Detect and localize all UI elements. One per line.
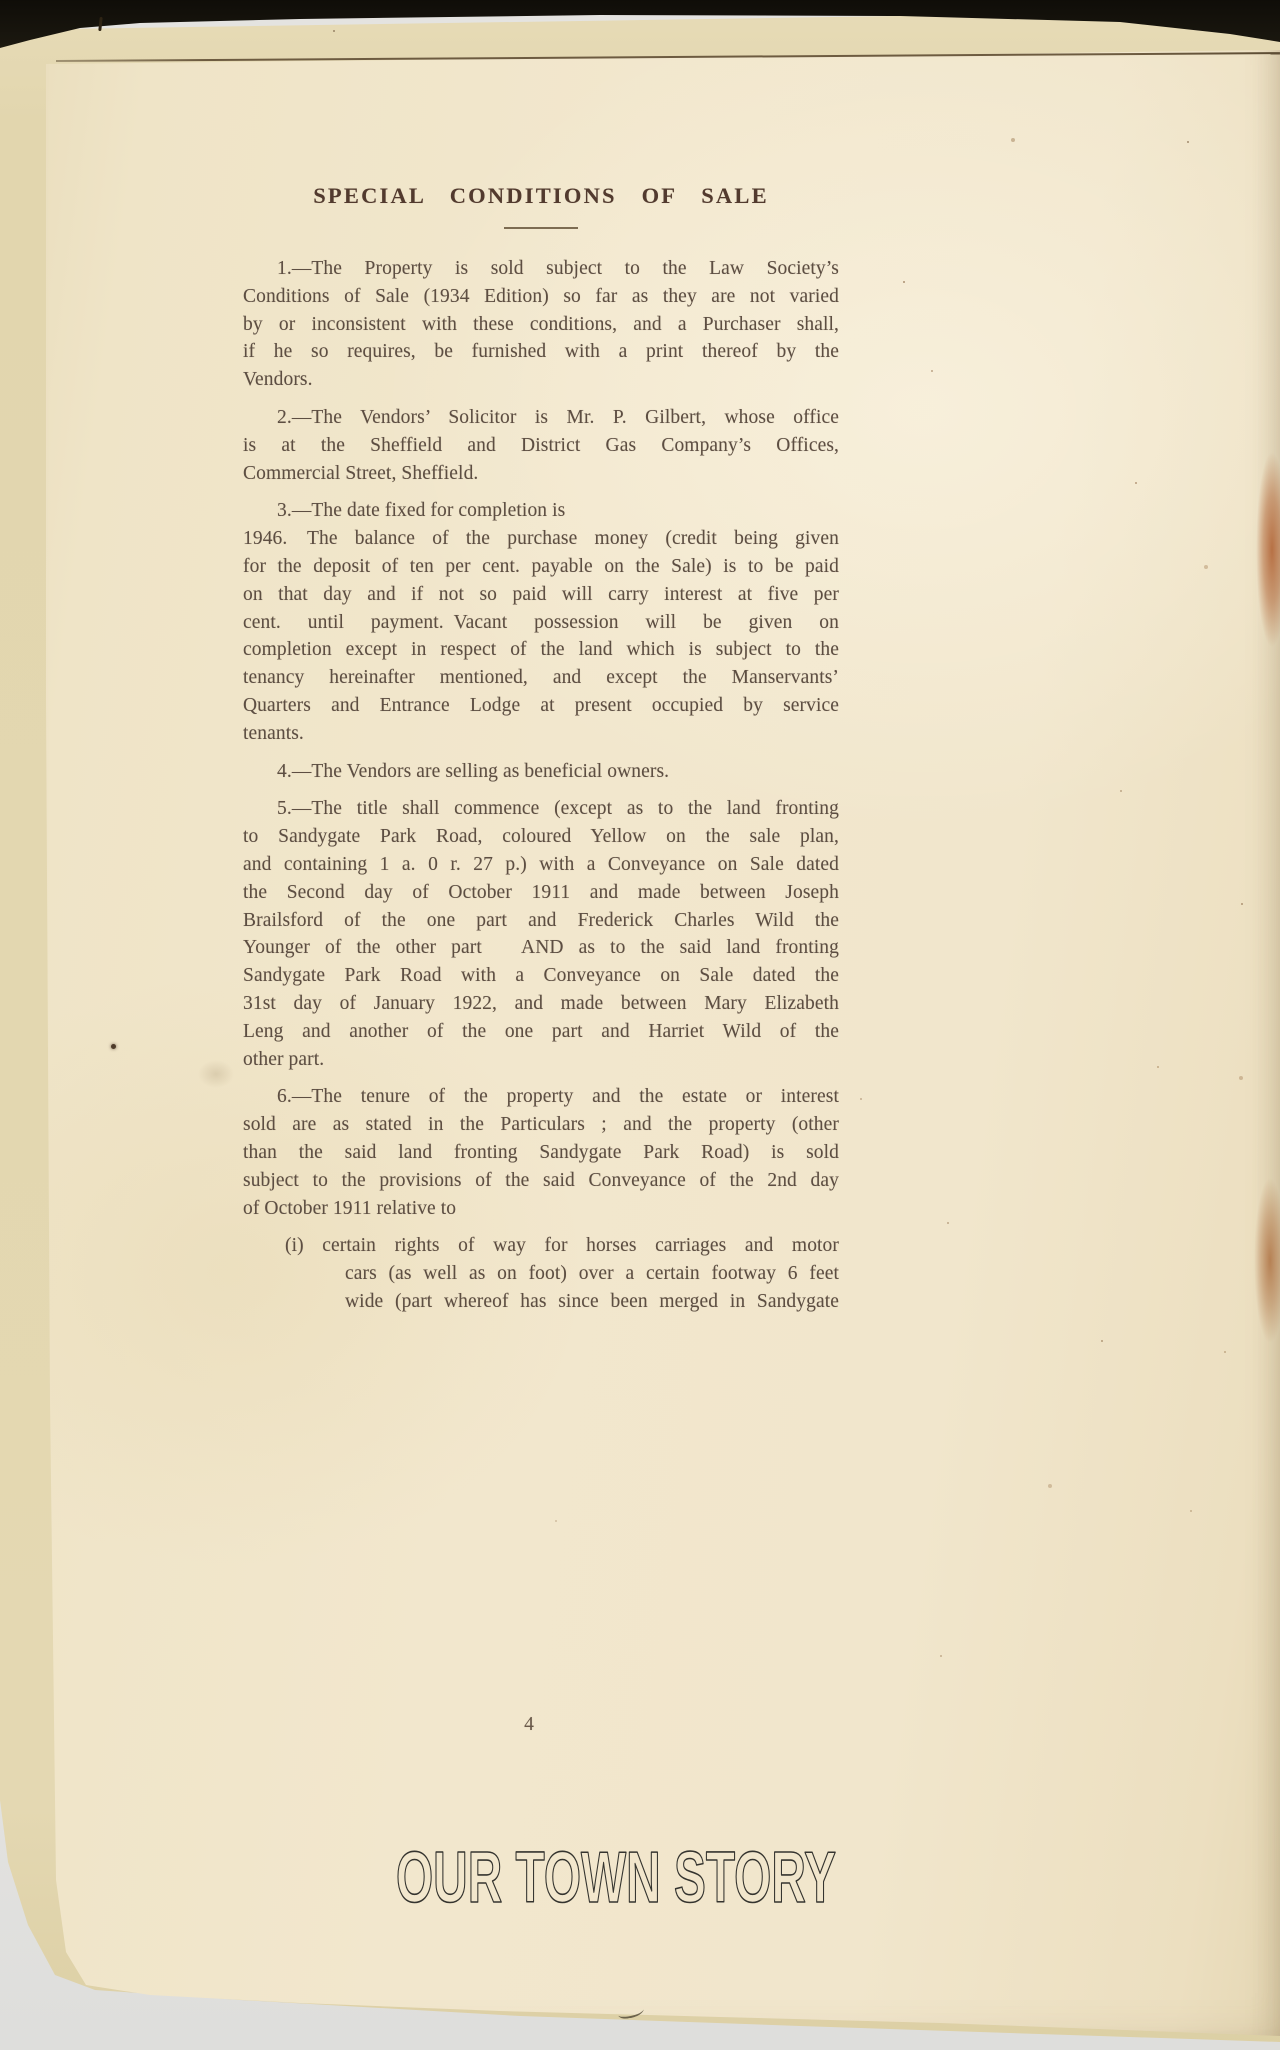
text-line: cars (as well as on foot) over a certain… bbox=[243, 1260, 839, 1288]
text-line: Sandygate Park Road with a Conveyance on… bbox=[243, 962, 839, 990]
page-number: 4 bbox=[499, 1714, 559, 1736]
paragraph: 5.—The title shall commence (except as t… bbox=[243, 795, 839, 1073]
text-line: tenants. bbox=[243, 720, 839, 748]
text-line: 1.—The Property is sold subject to the L… bbox=[243, 255, 839, 283]
document-paragraphs: 1.—The Property is sold subject to the L… bbox=[243, 255, 839, 1316]
text-line: 6.—The tenure of the property and the es… bbox=[243, 1083, 839, 1111]
watermark-text: OUR TOWN STORY bbox=[396, 1838, 836, 1918]
text-line: 5.—The title shall commence (except as t… bbox=[243, 795, 839, 823]
text-line: cent. until payment. Vacant possession w… bbox=[243, 609, 839, 637]
paragraph: 2.—The Vendors’ Solicitor is Mr. P. Gilb… bbox=[243, 404, 839, 487]
text-line: sold are as stated in the Particulars ; … bbox=[243, 1111, 839, 1139]
text-line: Quarters and Entrance Lodge at present o… bbox=[243, 692, 839, 720]
text-line: 31st day of January 1922, and made betwe… bbox=[243, 990, 839, 1018]
paragraph: 1.—The Property is sold subject to the L… bbox=[243, 255, 839, 394]
text-line: tenancy hereinafter mentioned, and excep… bbox=[243, 664, 839, 692]
text-line: Leng and another of the one part and Har… bbox=[243, 1018, 839, 1046]
scanned-document-photo: SPECIAL CONDITIONS OF SALE 1.—The Proper… bbox=[0, 0, 1280, 2050]
document-title: SPECIAL CONDITIONS OF SALE bbox=[243, 182, 839, 210]
text-line: if he so requires, be furnished with a p… bbox=[243, 338, 839, 366]
paragraph: 6.—The tenure of the property and the es… bbox=[243, 1083, 839, 1222]
text-line: Younger of the other part AND as to the … bbox=[243, 934, 839, 962]
text-line: Vendors. bbox=[243, 366, 839, 394]
text-line: completion except in respect of the land… bbox=[243, 636, 839, 664]
text-line: on that day and if not so paid will carr… bbox=[243, 581, 839, 609]
paragraph: (i) certain rights of way for horses car… bbox=[243, 1232, 839, 1315]
paragraph: 3.—The date fixed for completion is1946.… bbox=[243, 497, 839, 747]
text-line: subject to the provisions of the said Co… bbox=[243, 1167, 839, 1195]
text-line: (i) certain rights of way for horses car… bbox=[243, 1232, 839, 1260]
text-line: 3.—The date fixed for completion is bbox=[243, 497, 839, 525]
text-line: is at the Sheffield and District Gas Com… bbox=[243, 432, 839, 460]
text-line: and containing 1 a. 0 r. 27 p.) with a C… bbox=[243, 851, 839, 879]
text-line: Brailsford of the one part and Frederick… bbox=[243, 907, 839, 935]
text-line: the Second day of October 1911 and made … bbox=[243, 879, 839, 907]
text-line: for the deposit of ten per cent. payable… bbox=[243, 553, 839, 581]
page-content: SPECIAL CONDITIONS OF SALE 1.—The Proper… bbox=[243, 182, 839, 1316]
text-line: wide (part whereof has since been merged… bbox=[243, 1288, 839, 1316]
paragraph: 4.—The Vendors are selling as beneficial… bbox=[243, 758, 839, 786]
title-rule bbox=[504, 227, 578, 229]
text-line: Conditions of Sale (1934 Edition) so far… bbox=[243, 283, 839, 311]
text-line: than the said land fronting Sandygate Pa… bbox=[243, 1139, 839, 1167]
watermark: OUR TOWN STORY bbox=[394, 1826, 864, 1926]
text-line: 4.—The Vendors are selling as beneficial… bbox=[243, 758, 839, 786]
text-line: by or inconsistent with these conditions… bbox=[243, 311, 839, 339]
text-line: 2.—The Vendors’ Solicitor is Mr. P. Gilb… bbox=[243, 404, 839, 432]
text-line: 1946. The balance of the purchase money … bbox=[243, 525, 839, 553]
text-line: of October 1911 relative to bbox=[243, 1195, 839, 1223]
text-line: other part. bbox=[243, 1046, 839, 1074]
text-line: Commercial Street, Sheffield. bbox=[243, 460, 839, 488]
text-line: to Sandygate Park Road, coloured Yellow … bbox=[243, 823, 839, 851]
